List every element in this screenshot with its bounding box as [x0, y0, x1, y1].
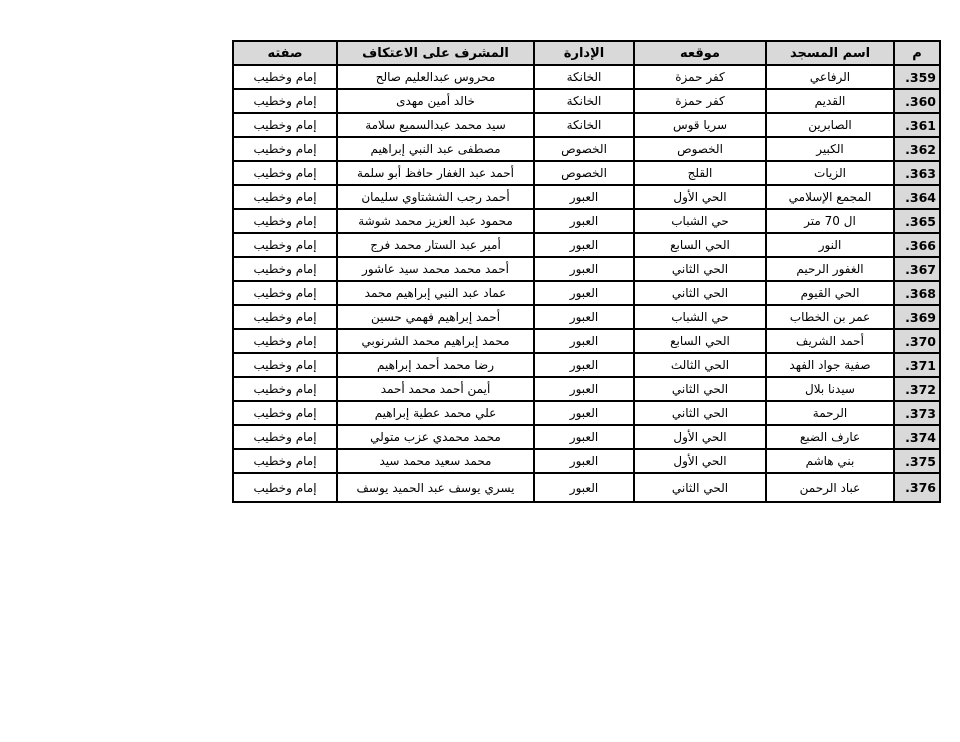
document-page: م اسم المسجد موقعه الإدارة المشرف على ال… — [0, 0, 960, 742]
table-row: 360.القديمكفر حمزةالخانكةخالد أمين مهدىإ… — [233, 89, 940, 113]
header-mosque-name: اسم المسجد — [766, 41, 894, 65]
supervisor-cell: محمد إبراهيم محمد الشرنوبي — [337, 329, 534, 353]
mosque-name-cell: القديم — [766, 89, 894, 113]
role-cell: إمام وخطيب — [233, 449, 337, 473]
administration-cell: الخصوص — [534, 161, 634, 185]
role-cell: إمام وخطيب — [233, 377, 337, 401]
table-row: 363.الزياتالقلجالخصوصأحمد عبد الغفار حاف… — [233, 161, 940, 185]
supervisor-cell: محمود عبد العزيز محمد شوشة — [337, 209, 534, 233]
location-cell: الحي الثالث — [634, 353, 766, 377]
administration-cell: العبور — [534, 257, 634, 281]
supervisor-cell: مصطفى عبد النبي إبراهيم — [337, 137, 534, 161]
header-number: م — [894, 41, 940, 65]
location-cell: الحي الثاني — [634, 257, 766, 281]
row-number-cell: 371. — [894, 353, 940, 377]
location-cell: الحي الأول — [634, 185, 766, 209]
table-row: 368.الحي القيومالحي الثانيالعبورعماد عبد… — [233, 281, 940, 305]
table-row: 370.أحمد الشريفالحي السابعالعبورمحمد إبر… — [233, 329, 940, 353]
row-number-cell: 366. — [894, 233, 940, 257]
table-row: 369.عمر بن الخطابحي الشبابالعبورأحمد إبر… — [233, 305, 940, 329]
role-cell: إمام وخطيب — [233, 113, 337, 137]
mosque-name-cell: عباد الرحمن — [766, 473, 894, 502]
location-cell: الحي الأول — [634, 449, 766, 473]
administration-cell: العبور — [534, 401, 634, 425]
location-cell: الحي الثاني — [634, 473, 766, 502]
table-row: 365.ال 70 مترحي الشبابالعبورمحمود عبد ال… — [233, 209, 940, 233]
supervisor-cell: رضا محمد أحمد إبراهيم — [337, 353, 534, 377]
header-administration: الإدارة — [534, 41, 634, 65]
location-cell: الحي الثاني — [634, 281, 766, 305]
administration-cell: العبور — [534, 473, 634, 502]
location-cell: الحي الثاني — [634, 401, 766, 425]
administration-cell: العبور — [534, 305, 634, 329]
role-cell: إمام وخطيب — [233, 425, 337, 449]
row-number-cell: 373. — [894, 401, 940, 425]
supervisor-cell: أحمد محمد محمد سيد عاشور — [337, 257, 534, 281]
location-cell: سريا قوس — [634, 113, 766, 137]
administration-cell: الخانكة — [534, 113, 634, 137]
row-number-cell: 359. — [894, 65, 940, 89]
role-cell: إمام وخطيب — [233, 161, 337, 185]
supervisor-cell: علي محمد عطية إبراهيم — [337, 401, 534, 425]
mosque-name-cell: ال 70 متر — [766, 209, 894, 233]
supervisor-cell: محمد محمدي عزب متولي — [337, 425, 534, 449]
header-supervisor: المشرف على الاعتكاف — [337, 41, 534, 65]
row-number-cell: 372. — [894, 377, 940, 401]
administration-cell: العبور — [534, 329, 634, 353]
table-body: 359.الرفاعيكفر حمزةالخانكةمحروس عبدالعلي… — [233, 65, 940, 502]
administration-cell: العبور — [534, 233, 634, 257]
administration-cell: الخانكة — [534, 65, 634, 89]
administration-cell: العبور — [534, 353, 634, 377]
administration-cell: الخصوص — [534, 137, 634, 161]
role-cell: إمام وخطيب — [233, 353, 337, 377]
role-cell: إمام وخطيب — [233, 89, 337, 113]
row-number-cell: 370. — [894, 329, 940, 353]
role-cell: إمام وخطيب — [233, 233, 337, 257]
table-row: 361.الصابرينسريا قوسالخانكةسيد محمد عبدا… — [233, 113, 940, 137]
role-cell: إمام وخطيب — [233, 401, 337, 425]
table-row: 362.الكبيرالخصوصالخصوصمصطفى عبد النبي إب… — [233, 137, 940, 161]
supervisor-cell: أحمد عبد الغفار حافظ أبو سلمة — [337, 161, 534, 185]
mosque-name-cell: المجمع الإسلامي — [766, 185, 894, 209]
header-role: صفته — [233, 41, 337, 65]
mosque-name-cell: سيدنا بلال — [766, 377, 894, 401]
header-location: موقعه — [634, 41, 766, 65]
mosque-name-cell: عمر بن الخطاب — [766, 305, 894, 329]
table-row: 374.عارف الضبعالحي الأولالعبورمحمد محمدي… — [233, 425, 940, 449]
table-row: 364.المجمع الإسلاميالحي الأولالعبورأحمد … — [233, 185, 940, 209]
row-number-cell: 360. — [894, 89, 940, 113]
location-cell: الحي الثاني — [634, 377, 766, 401]
table-row: 366.النورالحي السابعالعبورأمير عبد الستا… — [233, 233, 940, 257]
supervisor-cell: أمير عبد الستار محمد فرج — [337, 233, 534, 257]
role-cell: إمام وخطيب — [233, 329, 337, 353]
mosque-name-cell: الزيات — [766, 161, 894, 185]
row-number-cell: 368. — [894, 281, 940, 305]
location-cell: الحي السابع — [634, 233, 766, 257]
row-number-cell: 374. — [894, 425, 940, 449]
role-cell: إمام وخطيب — [233, 305, 337, 329]
mosque-name-cell: الكبير — [766, 137, 894, 161]
row-number-cell: 364. — [894, 185, 940, 209]
mosque-name-cell: النور — [766, 233, 894, 257]
location-cell: الحي الأول — [634, 425, 766, 449]
administration-cell: العبور — [534, 425, 634, 449]
role-cell: إمام وخطيب — [233, 137, 337, 161]
role-cell: إمام وخطيب — [233, 65, 337, 89]
mosques-table: م اسم المسجد موقعه الإدارة المشرف على ال… — [232, 40, 941, 503]
supervisor-cell: أحمد إبراهيم فهمي حسين — [337, 305, 534, 329]
table-row: 359.الرفاعيكفر حمزةالخانكةمحروس عبدالعلي… — [233, 65, 940, 89]
supervisor-cell: يسري يوسف عبد الحميد يوسف — [337, 473, 534, 502]
role-cell: إمام وخطيب — [233, 281, 337, 305]
table-row: 367.الغفور الرحيمالحي الثانيالعبورأحمد م… — [233, 257, 940, 281]
row-number-cell: 375. — [894, 449, 940, 473]
role-cell: إمام وخطيب — [233, 209, 337, 233]
administration-cell: العبور — [534, 449, 634, 473]
mosque-name-cell: الحي القيوم — [766, 281, 894, 305]
mosque-name-cell: الرحمة — [766, 401, 894, 425]
administration-cell: العبور — [534, 209, 634, 233]
supervisor-cell: محروس عبدالعليم صالح — [337, 65, 534, 89]
supervisor-cell: أيمن أحمد محمد أحمد — [337, 377, 534, 401]
location-cell: الحي السابع — [634, 329, 766, 353]
row-number-cell: 369. — [894, 305, 940, 329]
administration-cell: العبور — [534, 377, 634, 401]
supervisor-cell: أحمد رجب الششتاوي سليمان — [337, 185, 534, 209]
supervisor-cell: خالد أمين مهدى — [337, 89, 534, 113]
role-cell: إمام وخطيب — [233, 473, 337, 502]
row-number-cell: 362. — [894, 137, 940, 161]
mosque-name-cell: عارف الضبع — [766, 425, 894, 449]
location-cell: كفر حمزة — [634, 89, 766, 113]
administration-cell: العبور — [534, 281, 634, 305]
row-number-cell: 376. — [894, 473, 940, 502]
table-row: 371.صفية جواد الفهدالحي الثالثالعبوررضا … — [233, 353, 940, 377]
administration-cell: العبور — [534, 185, 634, 209]
mosque-name-cell: أحمد الشريف — [766, 329, 894, 353]
administration-cell: الخانكة — [534, 89, 634, 113]
supervisor-cell: محمد سعيد محمد سيد — [337, 449, 534, 473]
role-cell: إمام وخطيب — [233, 185, 337, 209]
role-cell: إمام وخطيب — [233, 257, 337, 281]
row-number-cell: 367. — [894, 257, 940, 281]
table-row: 375.بني هاشمالحي الأولالعبورمحمد سعيد مح… — [233, 449, 940, 473]
mosque-name-cell: الغفور الرحيم — [766, 257, 894, 281]
location-cell: القلج — [634, 161, 766, 185]
location-cell: الخصوص — [634, 137, 766, 161]
table-row: 373.الرحمةالحي الثانيالعبورعلي محمد عطية… — [233, 401, 940, 425]
header-row: م اسم المسجد موقعه الإدارة المشرف على ال… — [233, 41, 940, 65]
row-number-cell: 363. — [894, 161, 940, 185]
row-number-cell: 365. — [894, 209, 940, 233]
table-row: 376.عباد الرحمنالحي الثانيالعبوريسري يوس… — [233, 473, 940, 502]
row-number-cell: 361. — [894, 113, 940, 137]
location-cell: حي الشباب — [634, 305, 766, 329]
location-cell: كفر حمزة — [634, 65, 766, 89]
mosque-name-cell: صفية جواد الفهد — [766, 353, 894, 377]
mosque-name-cell: الصابرين — [766, 113, 894, 137]
location-cell: حي الشباب — [634, 209, 766, 233]
table-row: 372.سيدنا بلالالحي الثانيالعبورأيمن أحمد… — [233, 377, 940, 401]
supervisor-cell: عماد عبد النبي إبراهيم محمد — [337, 281, 534, 305]
mosque-name-cell: الرفاعي — [766, 65, 894, 89]
supervisor-cell: سيد محمد عبدالسميع سلامة — [337, 113, 534, 137]
mosque-name-cell: بني هاشم — [766, 449, 894, 473]
